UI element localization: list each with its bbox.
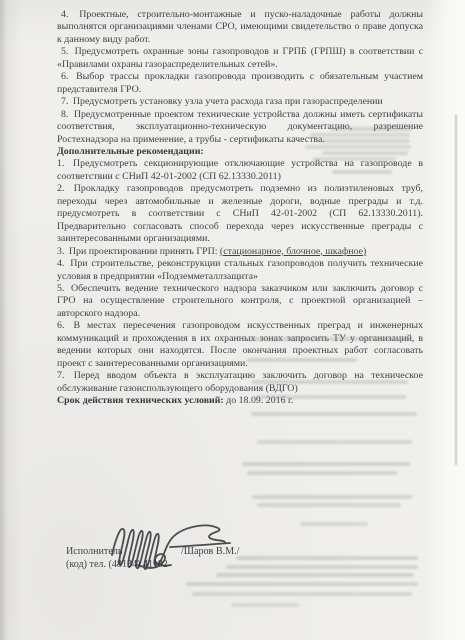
bleed-line <box>252 380 408 384</box>
item-text: Выбор трассы прокладки газопровода произ… <box>57 71 423 94</box>
bleed-line <box>332 170 392 174</box>
bleed-line <box>186 582 418 586</box>
bleed-line <box>247 337 412 341</box>
list-item: 4. При строительстве, реконструкции стал… <box>57 258 423 283</box>
item-number: 4. <box>61 9 70 20</box>
bleed-line <box>318 139 410 143</box>
item-number: 1. <box>57 158 66 169</box>
bleed-line <box>192 592 412 596</box>
list-item: 6. Выбор трассы прокладки газопровода пр… <box>57 71 423 96</box>
bleed-line <box>305 145 411 149</box>
item-text-underlined: (стационарное, блочное, шкафное) <box>220 246 366 257</box>
bleed-line <box>251 412 417 416</box>
item-text: Предусмотреть установку узла учета расхо… <box>73 96 383 107</box>
list-item: 6. В местах пересечения газопроводом иск… <box>57 320 423 370</box>
item-number: 5. <box>61 46 70 57</box>
list-item: 2. Прокладку газопроводов предусмотреть … <box>57 183 423 245</box>
paper-fold-line <box>455 115 457 465</box>
scanned-document-page: 4. Проектные, строительно-монтажные и пу… <box>0 0 465 640</box>
item-text: При строительстве, реконструкции стальны… <box>57 258 423 281</box>
item-text: Обеспечить ведение технического надзора … <box>57 283 423 319</box>
bleed-line <box>257 440 412 444</box>
item-number: 8. <box>61 109 70 120</box>
item-number: 6. <box>61 71 70 82</box>
item-number: 7. <box>61 96 70 107</box>
item-text: Прокладку газопроводов предусмотреть под… <box>57 183 423 244</box>
bleed-line <box>216 573 414 577</box>
bleed-line <box>300 522 368 526</box>
bleed-line <box>226 565 418 569</box>
item-number: 5. <box>57 283 66 294</box>
bleed-line <box>322 151 408 155</box>
item-number: 6. <box>57 320 66 331</box>
list-item: 7. Предусмотреть установку узла учета ра… <box>57 96 423 108</box>
item-text: В местах пересечения газопроводом искусс… <box>57 320 423 368</box>
bleed-line <box>247 471 397 475</box>
bleed-line <box>310 133 410 137</box>
list-item: 5. Обеспечить ведение технического надзо… <box>57 283 423 320</box>
document-body: 4. Проектные, строительно-монтажные и пу… <box>57 9 423 408</box>
bleed-line <box>252 495 412 499</box>
bleed-line <box>247 358 357 362</box>
bleed-line <box>330 127 412 131</box>
bleed-line <box>242 462 410 466</box>
list-item: 5. Предусмотреть охранные зоны газопрово… <box>57 46 423 71</box>
list-item: 4. Проектные, строительно-монтажные и пу… <box>57 9 423 46</box>
bleed-line <box>256 395 406 399</box>
handwritten-signature <box>108 517 238 573</box>
bleed-line <box>312 157 396 161</box>
item-text: Проектные, строительно-монтажные и пуско… <box>57 9 423 45</box>
item-text: При проектировании принять ГРП: <box>69 246 218 257</box>
list-item: 3. При проектировании принять ГРП: (стац… <box>57 246 423 258</box>
bleed-line <box>231 603 299 607</box>
item-text: Предусмотреть охранные зоны газопроводов… <box>57 46 423 69</box>
item-number: 4. <box>57 258 66 269</box>
item-number: 2. <box>57 183 66 194</box>
bleed-line <box>236 556 418 560</box>
validity-label: Срок действия технических условий: <box>57 395 224 406</box>
bleed-line <box>257 503 401 507</box>
item-number: 3. <box>57 246 66 257</box>
item-number: 7. <box>57 370 66 381</box>
